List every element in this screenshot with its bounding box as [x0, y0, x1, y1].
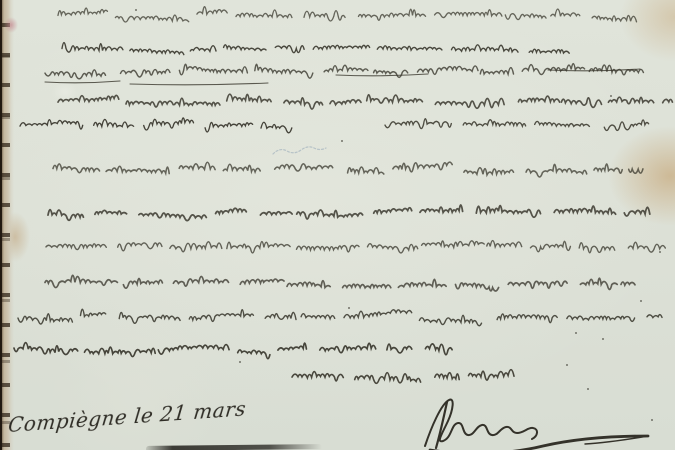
- manuscript-photo: Napoléon Compiègne le 21 mars: [0, 0, 675, 450]
- handwriting-line: [45, 275, 635, 291]
- ink-speck: [610, 95, 612, 97]
- handwriting-line: [385, 119, 649, 131]
- ink-underline: [336, 74, 428, 76]
- ink-speck: [348, 307, 350, 309]
- handwriting-line: [53, 162, 643, 177]
- blue-pencil-mark: [273, 147, 326, 154]
- ink-underline: [45, 81, 120, 83]
- napoleon-signature: Napoléon: [425, 400, 648, 450]
- closing-line: [292, 370, 514, 384]
- bottom-dark-bar: [146, 444, 322, 450]
- ink-speck: [566, 364, 568, 366]
- ink-speck: [239, 361, 241, 363]
- handwriting-line: [45, 64, 643, 79]
- handwriting-line: [46, 241, 665, 253]
- signature-swash: [430, 436, 648, 450]
- handwriting-line: [20, 118, 292, 133]
- handwriting-svg: Napoléon: [0, 0, 675, 450]
- handwriting-lines: [14, 7, 672, 384]
- handwriting-line: [18, 309, 662, 325]
- ink-speck: [575, 332, 577, 334]
- handwriting-line: [62, 43, 569, 55]
- ink-underline: [130, 83, 268, 85]
- handwriting-line: [58, 7, 637, 22]
- ink-speck: [602, 338, 604, 340]
- ink-speck: [659, 251, 661, 253]
- ink-speck: [135, 9, 137, 11]
- handwriting-line: [14, 343, 452, 359]
- ink-speck: [341, 140, 343, 142]
- handwriting-line: [48, 205, 650, 221]
- ink-speck: [587, 388, 589, 390]
- handwriting-line: [58, 94, 672, 109]
- ink-speck: [640, 300, 642, 302]
- ink-speck: [651, 419, 653, 421]
